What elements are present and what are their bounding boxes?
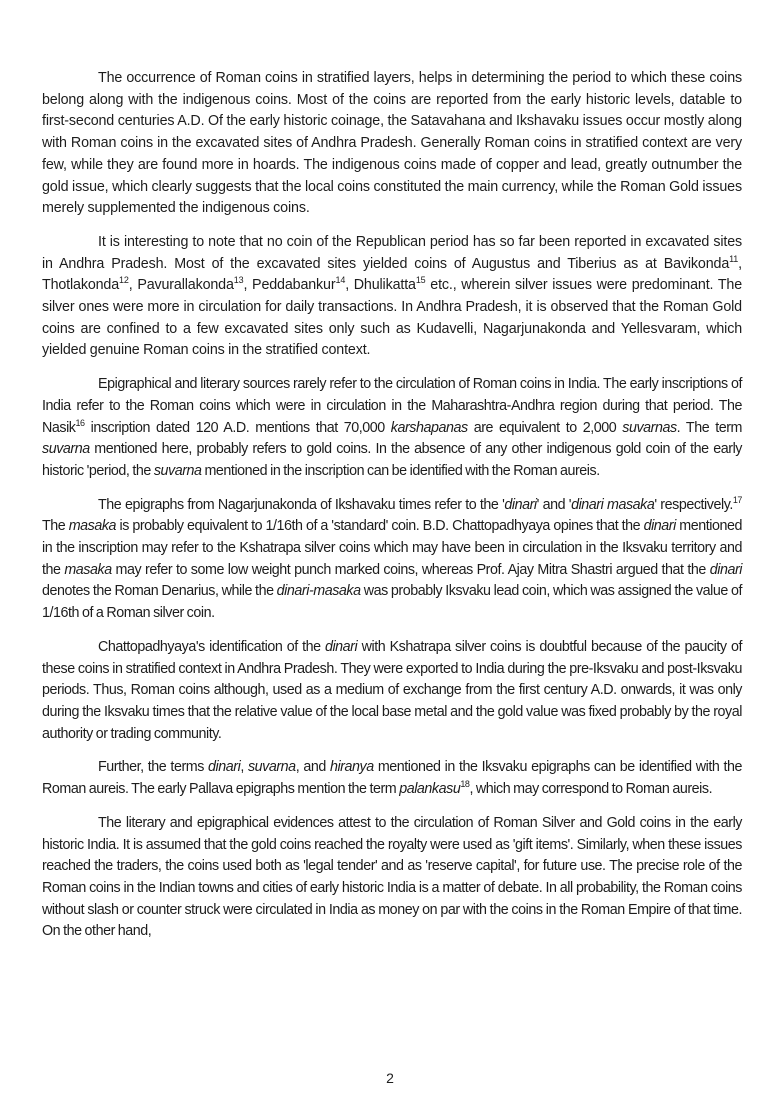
footnote-ref: 13 [234,275,244,285]
footnote-ref: 11 [729,254,738,264]
footnote-ref: 15 [416,275,426,285]
paragraph-3: Epigraphical and literary sources rarely… [42,374,742,483]
footnote-ref: 18 [460,779,469,789]
italic-term: dinari masaka [571,497,654,513]
italic-term: hiranya [330,759,374,775]
italic-term: masaka [64,562,111,578]
footnote-ref: 14 [335,275,345,285]
footnote-ref: 17 [733,495,742,505]
italic-term: dinari [644,518,676,534]
paragraph-2: It is interesting to note that no coin o… [42,232,742,362]
italic-term: karshapanas [391,420,468,436]
italic-term: suvarna [42,441,90,457]
page-number: 2 [0,1070,780,1086]
paragraph-4: The epigraphs from Nagarjunakonda of Iks… [42,495,742,625]
paragraph-7: The literary and epigraphical evidences … [42,813,742,943]
italic-term: suvarnas [622,420,676,436]
italic-term: dinari [208,759,240,775]
italic-term: dinari [325,639,357,655]
italic-term: dinari-masaka [277,583,361,599]
italic-term: dinari [710,562,742,578]
document-page: The occurrence of Roman coins in stratif… [42,68,742,955]
italic-term: palankasu [399,781,460,797]
paragraph-5: Chattopadhyaya's identification of the d… [42,637,742,746]
italic-term: suvarna [154,463,202,479]
footnote-ref: 16 [76,418,85,428]
italic-term: suvarna [248,759,296,775]
italic-term: dinari [504,497,536,513]
italic-term: masaka [69,518,116,534]
paragraph-6: Further, the terms dinari, suvarna, and … [42,757,742,800]
footnote-ref: 12 [119,275,129,285]
paragraph-1: The occurrence of Roman coins in stratif… [42,68,742,220]
